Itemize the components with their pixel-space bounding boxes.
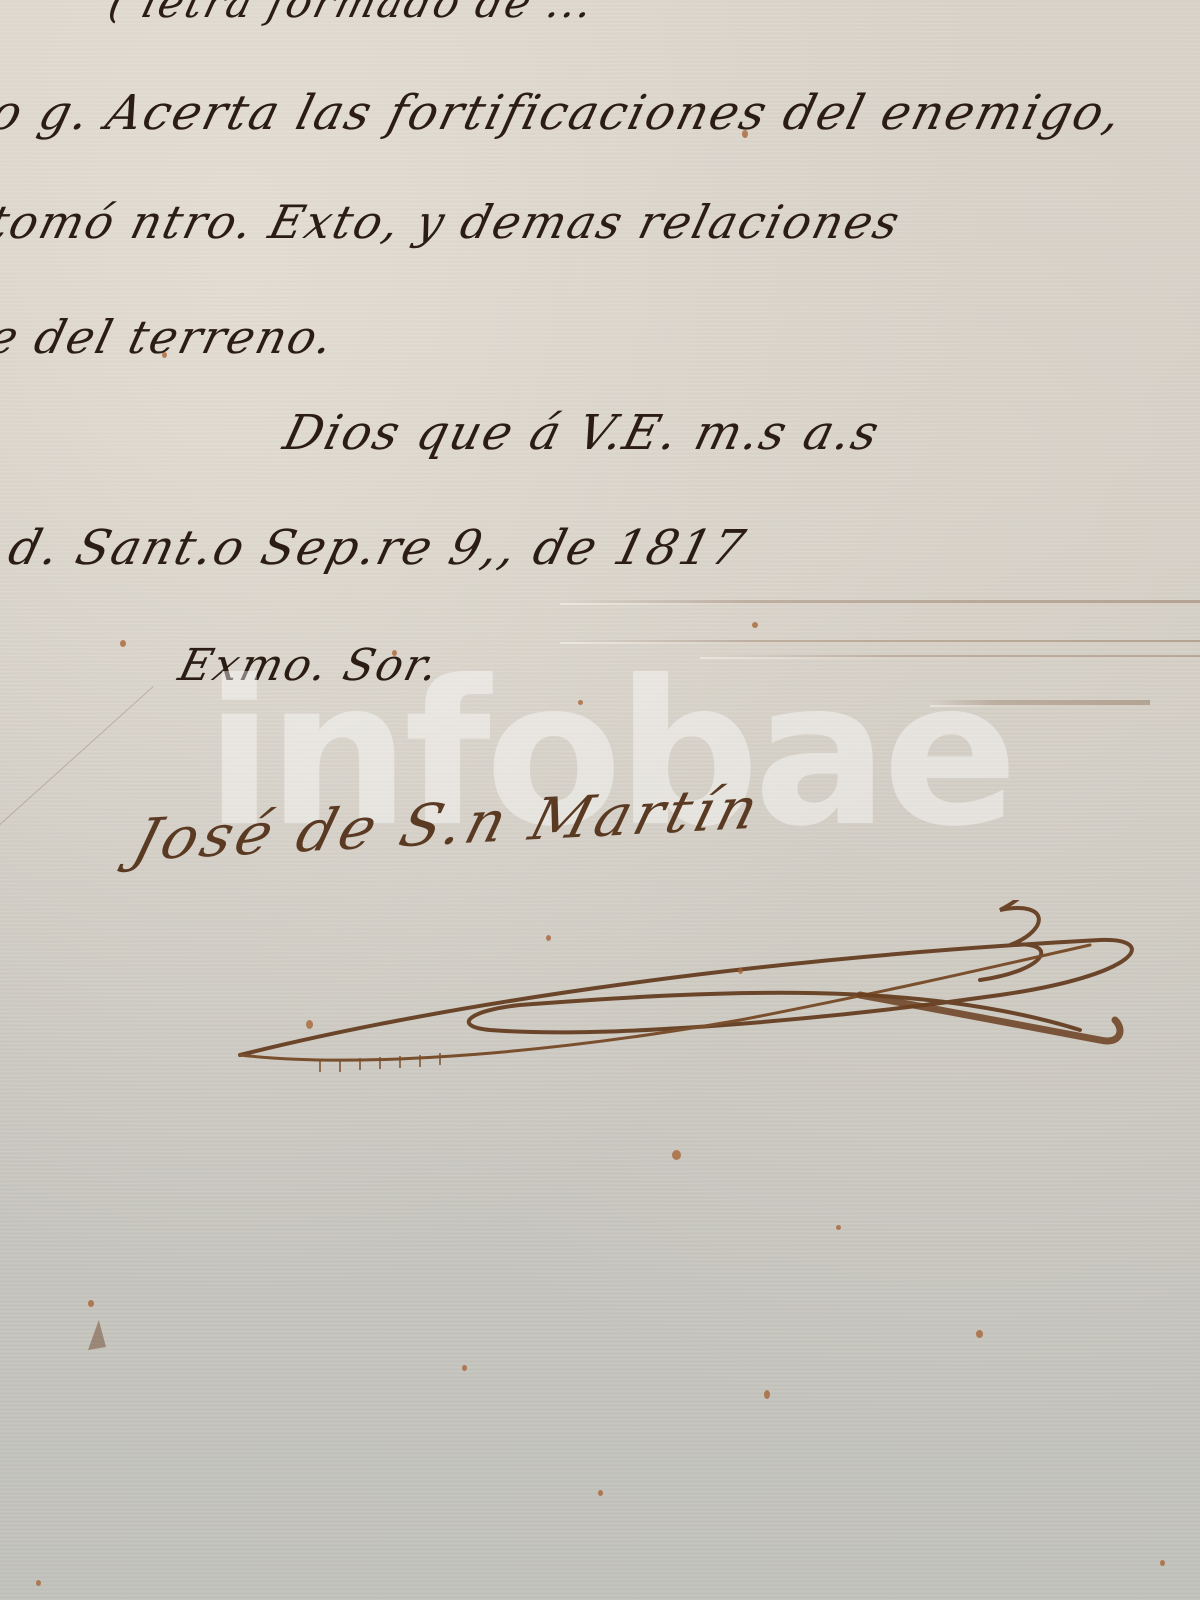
- place-date-line: d. Sant.o Sep.re 9,, de 1817: [3, 520, 752, 576]
- text-line-2: o g. Acerta las fortificaciones del enem…: [0, 85, 1129, 141]
- text-line-1: ( letra formado de ...: [104, 0, 600, 27]
- closing-salutation: Dios que á V.E. m.s a.s: [278, 405, 886, 461]
- text-line-4: e del terreno.: [0, 310, 341, 364]
- text-line-3: tomó ntro. Exto, y demas relaciones: [0, 195, 907, 249]
- paper-fold-crease: [560, 600, 1200, 605]
- signature-rubric-flourish: [220, 900, 1170, 1120]
